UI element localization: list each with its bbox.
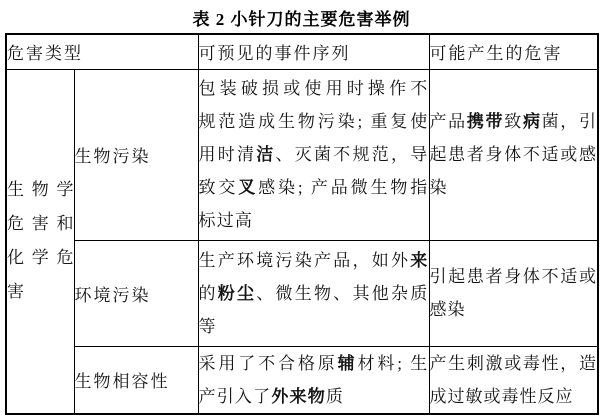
possible-harm-cell: 引起患者身体不适或感染: [429, 240, 598, 346]
hazard-category-line: 害: [7, 275, 74, 309]
hazard-subtype-cell: 生物污染: [74, 69, 198, 240]
possible-harm-cell: 产生刺激或毒性，造成过敏或毒性反应: [429, 346, 598, 414]
event-sequence-cell: 包装破损或使用时操作不规范造成生物污染; 重复使用时清洁、灭菌不规范，导致交叉感…: [198, 69, 429, 240]
possible-harm-cell: 产品携带致病菌，引起患者身体不适或感染: [429, 69, 598, 240]
column-header-hazard-type: 危害类型: [6, 34, 198, 69]
table-row: 生物相容性 采用了不合格原辅材料; 生产引入了外来物质 产生刺激或毒性，造成过敏…: [6, 346, 598, 414]
event-sequence-cell: 采用了不合格原辅材料; 生产引入了外来物质: [198, 346, 429, 414]
table-title: 表 2 小针刀的主要危害举例: [0, 5, 603, 30]
table-header-row: 危害类型 可预见的事件序列 可能产生的危害: [6, 34, 598, 69]
table-row: 环境污染 生产环境污染产品，如外来的粉尘、微生物、其他杂质等 引起患者身体不适或…: [6, 240, 598, 346]
hazard-category-line: 危害和: [7, 207, 74, 241]
hazard-category-line: 生物学: [7, 173, 74, 207]
hazard-category-line: 化学危: [7, 241, 74, 275]
hazard-table: 危害类型 可预见的事件序列 可能产生的危害 生物学 危害和 化学危 害 生物污染…: [5, 33, 599, 415]
table-row: 生物学 危害和 化学危 害 生物污染 包装破损或使用时操作不规范造成生物污染; …: [6, 69, 598, 240]
document-page: 表 2 小针刀的主要危害举例 危害类型 可预见的事件序列 可能产生的危害 生物学…: [0, 0, 603, 416]
event-sequence-cell: 生产环境污染产品，如外来的粉尘、微生物、其他杂质等: [198, 240, 429, 346]
hazard-category-cell: 生物学 危害和 化学危 害: [6, 69, 74, 414]
hazard-subtype-cell: 生物相容性: [74, 346, 198, 414]
hazard-subtype-cell: 环境污染: [74, 240, 198, 346]
column-header-event-sequence: 可预见的事件序列: [198, 34, 429, 69]
column-header-possible-harm: 可能产生的危害: [429, 34, 598, 69]
